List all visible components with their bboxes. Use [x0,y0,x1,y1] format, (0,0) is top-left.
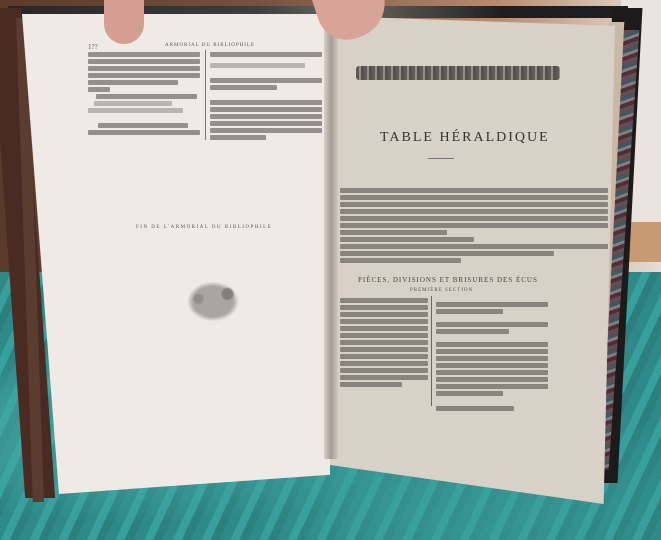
header-ornament [356,66,560,80]
right-page-column-1 [340,296,428,389]
closing-line: FIN DE L'ARMORIAL DU BIBLIOPHILE [136,225,272,230]
running-head: ARMORIAL DU BIBLIOPHILE [165,43,255,48]
right-page-column-2 [436,300,548,413]
section-title: PIÈCES, DIVISIONS ET BRISURES DES ÉCUS [358,276,538,284]
left-page-column-1 [88,50,200,137]
left-page-column-2 [210,50,322,142]
book-gutter [324,14,338,459]
intro-paragraph [340,186,608,265]
column-divider [431,296,432,406]
section-subtitle: PREMIÈRE SECTION [410,288,473,293]
page-title: TABLE HÉRALDIQUE [380,130,550,146]
column-divider [205,50,206,140]
decorative-vignette [177,274,249,324]
title-rule [428,158,454,159]
finger-left [104,0,144,44]
